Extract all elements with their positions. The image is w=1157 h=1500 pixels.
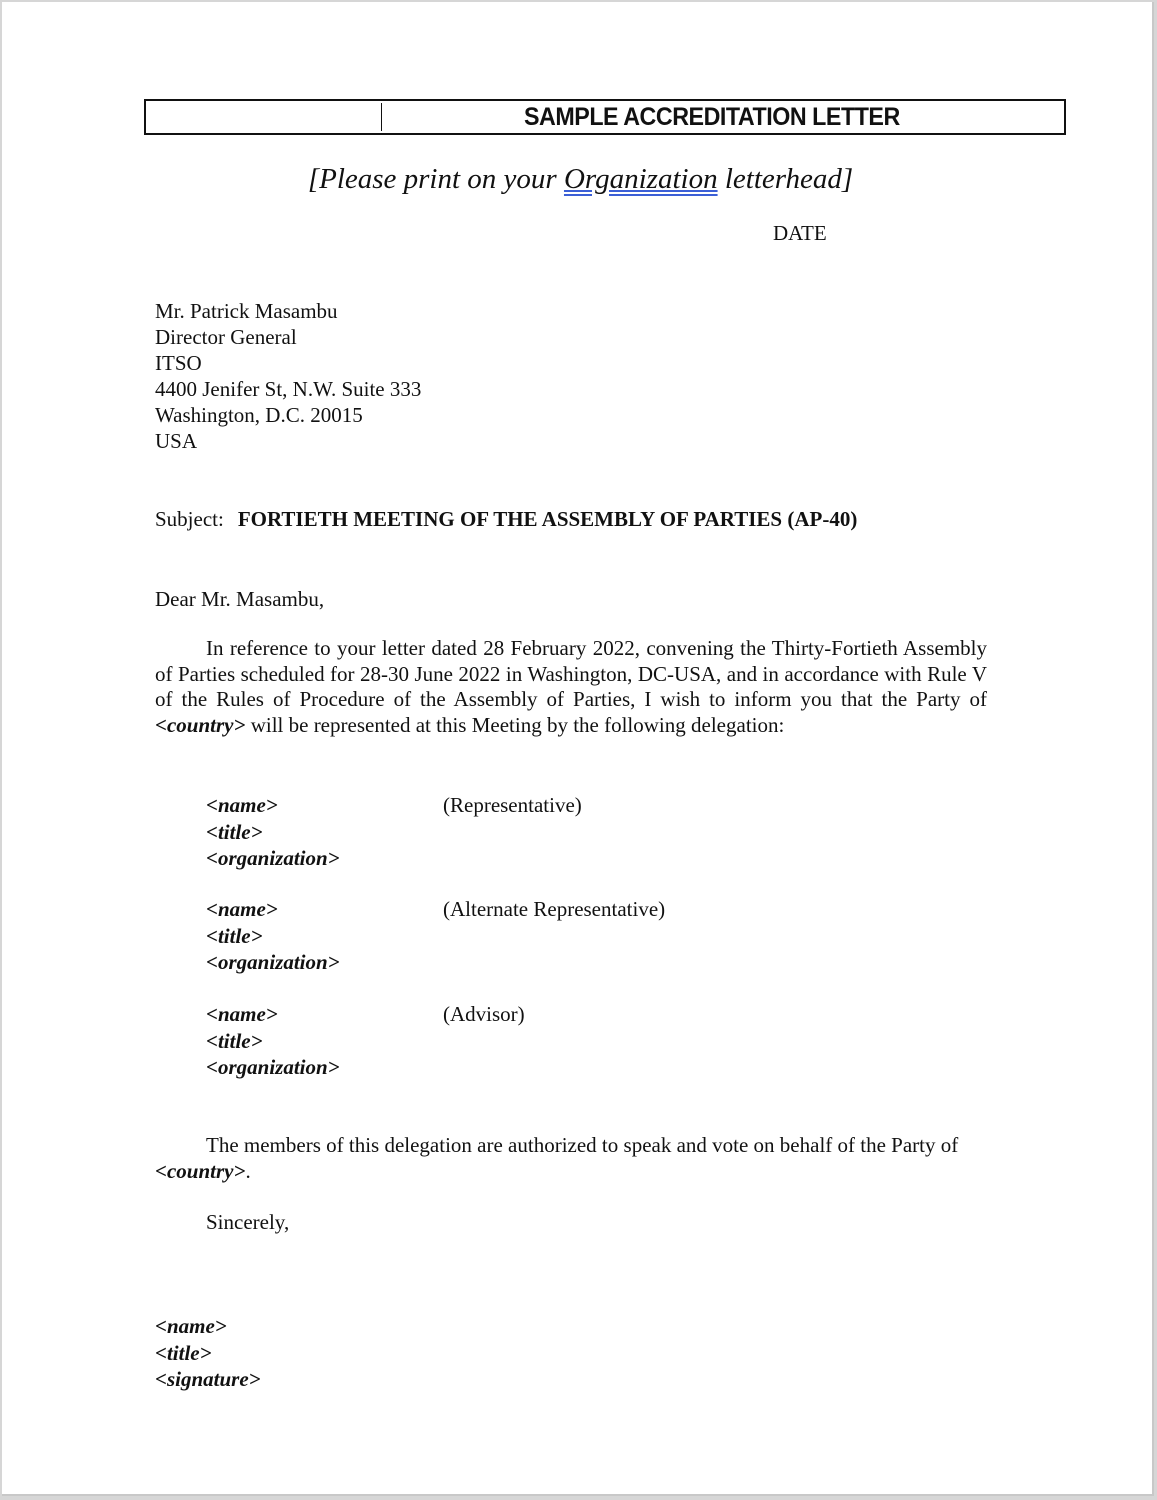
delegate-title: <title> — [206, 1028, 340, 1055]
delegate-organization: <organization> — [206, 1054, 340, 1081]
delegate-role: (Advisor) — [443, 1001, 525, 1028]
salutation: Dear Mr. Masambu, — [155, 586, 324, 612]
subject-text: FORTIETH MEETING OF THE ASSEMBLY OF PART… — [238, 507, 857, 531]
body-paragraph: In reference to your letter dated 28 Feb… — [155, 636, 987, 738]
recipient-street: 4400 Jenifer St, N.W. Suite 333 — [155, 376, 421, 402]
delegate-name: <name> — [206, 792, 340, 819]
recipient-name: Mr. Patrick Masambu — [155, 298, 421, 324]
signatory-title: <title> — [155, 1340, 261, 1367]
delegate-entry: <name> <title> <organization> (Represent… — [206, 792, 340, 872]
closing-paragraph: The members of this delegation are autho… — [155, 1132, 987, 1184]
subject-label: Subject: — [155, 507, 224, 531]
recipient-title: Director General — [155, 324, 421, 350]
delegate-entry: <name> <title> <organization> (Alternate… — [206, 896, 340, 976]
delegate-role: (Representative) — [443, 792, 582, 819]
delegate-role: (Alternate Representative) — [443, 896, 665, 923]
signatory-signature: <signature> — [155, 1366, 261, 1393]
subject-line: Subject:FORTIETH MEETING OF THE ASSEMBLY… — [155, 506, 857, 532]
document-title: SAMPLE ACCREDITATION LETTER — [524, 103, 900, 131]
signatory-name: <name> — [155, 1313, 261, 1340]
delegate-entry: <name> <title> <organization> (Advisor) — [206, 1001, 340, 1081]
recipient-city: Washington, D.C. 20015 — [155, 402, 421, 428]
country-placeholder: <country> — [155, 1159, 245, 1183]
delegate-organization: <organization> — [206, 949, 340, 976]
date-field: DATE — [773, 221, 827, 246]
sign-off: Sincerely, — [206, 1209, 289, 1235]
delegate-title: <title> — [206, 923, 340, 950]
country-placeholder: <country> — [155, 713, 245, 737]
signature-block: <name> <title> <signature> — [155, 1313, 261, 1393]
letterhead-instruction: [Please print on your Organization lette… — [2, 161, 1157, 197]
text-cursor — [381, 103, 382, 131]
delegate-title: <title> — [206, 819, 340, 846]
spellcheck-flagged-word[interactable]: Organization — [564, 163, 718, 195]
recipient-organization: ITSO — [155, 350, 421, 376]
delegate-organization: <organization> — [206, 845, 340, 872]
delegate-name: <name> — [206, 896, 340, 923]
recipient-country: USA — [155, 428, 421, 454]
recipient-address: Mr. Patrick Masambu Director General ITS… — [155, 298, 421, 454]
delegate-name: <name> — [206, 1001, 340, 1028]
title-box: SAMPLE ACCREDITATION LETTER — [144, 99, 1066, 135]
document-page: SAMPLE ACCREDITATION LETTER [Please prin… — [2, 2, 1154, 1496]
